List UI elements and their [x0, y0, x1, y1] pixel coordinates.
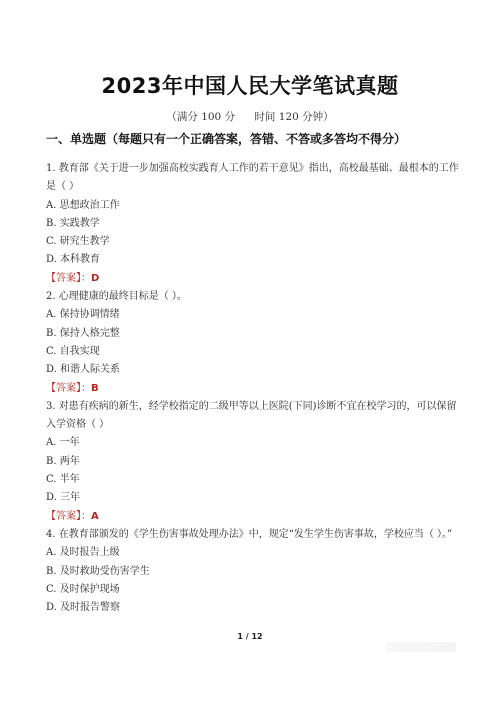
question-4: 4. 在教育部颁发的《学生伤害事故处理办法》中，规定“发生学生伤害事故，学校应当… [46, 526, 466, 617]
question-stem: 入学资格（ ） [46, 416, 466, 434]
option-b: B. 保持人格完整 [46, 325, 466, 343]
question-stem: 3. 对患有疾病的新生，经学校指定的二级甲等以上医院(下同)诊断不宜在校学习的，… [46, 398, 466, 416]
answer-label: 【答案】： [46, 511, 91, 522]
option-b: B. 两年 [46, 453, 466, 471]
option-d: D. 三年 [46, 489, 466, 507]
watermark [386, 642, 456, 652]
answer-label: 【答案】： [46, 383, 91, 394]
option-d: D. 和谐人际关系 [46, 361, 466, 379]
option-d: D. 本科教育 [46, 251, 466, 269]
option-b: B. 实践教学 [46, 215, 466, 233]
answer-line: 【答案】：D [46, 270, 466, 288]
document-page: 2023年中国人民大学笔试真题 （满分 100 分 时间 120 分钟） 一、单… [0, 0, 500, 707]
question-2: 2. 心理健康的最终目标是（ ）。 A. 保持协调情绪 B. 保持人格完整 C.… [46, 288, 466, 398]
option-a: A. 及时报告上级 [46, 544, 466, 562]
option-a: A. 保持协调情绪 [46, 306, 466, 324]
time-limit-text: 时间 120 分钟） [254, 111, 333, 123]
answer-line: 【答案】：B [46, 380, 466, 398]
answer-label: 【答案】： [46, 273, 91, 284]
option-c: C. 自我实现 [46, 343, 466, 361]
question-stem: 2. 心理健康的最终目标是（ ）。 [46, 288, 466, 306]
option-c: C. 研究生教学 [46, 233, 466, 251]
option-d: D. 及时报告警察 [46, 599, 466, 617]
question-stem: 1. 教育部《关于进一步加强高校实践育人工作的若干意见》指出，高校最基础、最根本… [46, 160, 466, 178]
full-score-text: （满分 100 分 [166, 111, 235, 123]
option-b: B. 及时救助受伤害学生 [46, 563, 466, 581]
section-heading: 一、单选题（每题只有一个正确答案，答错、不答或多答均不得分） [46, 130, 476, 147]
answer-line: 【答案】：A [46, 508, 466, 526]
page-title: 2023年中国人民大学笔试真题 [0, 70, 500, 100]
answer-value: B [91, 383, 99, 394]
question-stem: 是（ ） [46, 178, 466, 196]
question-stem: 4. 在教育部颁发的《学生伤害事故处理办法》中，规定“发生学生伤害事故，学校应当… [46, 526, 466, 544]
question-1: 1. 教育部《关于进一步加强高校实践育人工作的若干意见》指出，高校最基础、最根本… [46, 160, 466, 288]
option-a: A. 思想政治工作 [46, 197, 466, 215]
page-indicator: 1 / 12 [0, 632, 500, 641]
option-a: A. 一年 [46, 434, 466, 452]
question-list: 1. 教育部《关于进一步加强高校实践育人工作的若干意见》指出，高校最基础、最根本… [46, 160, 466, 617]
answer-value: D [91, 273, 99, 284]
option-c: C. 及时保护现场 [46, 581, 466, 599]
exam-info: （满分 100 分 时间 120 分钟） [0, 109, 500, 124]
option-c: C. 半年 [46, 471, 466, 489]
question-3: 3. 对患有疾病的新生，经学校指定的二级甲等以上医院(下同)诊断不宜在校学习的，… [46, 398, 466, 526]
answer-value: A [91, 511, 99, 522]
